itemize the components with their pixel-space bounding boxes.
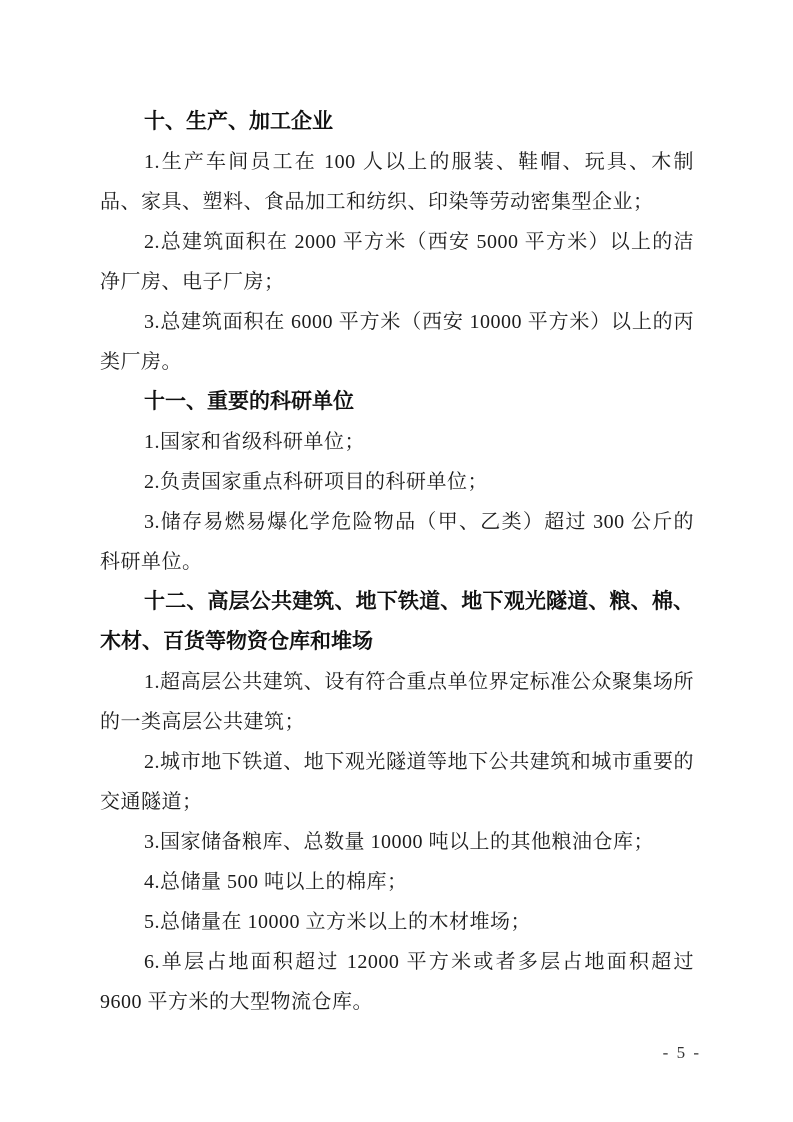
list-item: 1.生产车间员工在 100 人以上的服装、鞋帽、玩具、木制品、家具、塑料、食品加… xyxy=(100,142,694,222)
list-item: 3.国家储备粮库、总数量 10000 吨以上的其他粮油仓库； xyxy=(100,822,694,862)
list-item: 6.单层占地面积超过 12000 平方米或者多层占地面积超过 9600 平方米的… xyxy=(100,942,694,1022)
list-item: 1.国家和省级科研单位； xyxy=(100,422,694,462)
page-number: - 5 - xyxy=(663,1042,701,1064)
document-body: 十、生产、加工企业 1.生产车间员工在 100 人以上的服装、鞋帽、玩具、木制品… xyxy=(100,102,694,1022)
document-page: 十、生产、加工企业 1.生产车间员工在 100 人以上的服装、鞋帽、玩具、木制品… xyxy=(0,0,793,1122)
list-item: 2.负责国家重点科研项目的科研单位； xyxy=(100,462,694,502)
list-item: 2.总建筑面积在 2000 平方米（西安 5000 平方米）以上的洁净厂房、电子… xyxy=(100,222,694,302)
list-item: 3.总建筑面积在 6000 平方米（西安 10000 平方米）以上的丙类厂房。 xyxy=(100,302,694,382)
list-item: 1.超高层公共建筑、设有符合重点单位界定标准公众聚集场所的一类高层公共建筑； xyxy=(100,662,694,742)
list-item: 3.储存易燃易爆化学危险物品（甲、乙类）超过 300 公斤的科研单位。 xyxy=(100,502,694,582)
list-item: 5.总储量在 10000 立方米以上的木材堆场； xyxy=(100,902,694,942)
list-item: 4.总储量 500 吨以上的棉库； xyxy=(100,862,694,902)
section-heading-12: 十二、高层公共建筑、地下铁道、地下观光隧道、粮、棉、木材、百货等物资仓库和堆场 xyxy=(100,582,694,662)
section-heading-10: 十、生产、加工企业 xyxy=(100,102,694,142)
list-item: 2.城市地下铁道、地下观光隧道等地下公共建筑和城市重要的交通隧道； xyxy=(100,742,694,822)
section-heading-11: 十一、重要的科研单位 xyxy=(100,382,694,422)
